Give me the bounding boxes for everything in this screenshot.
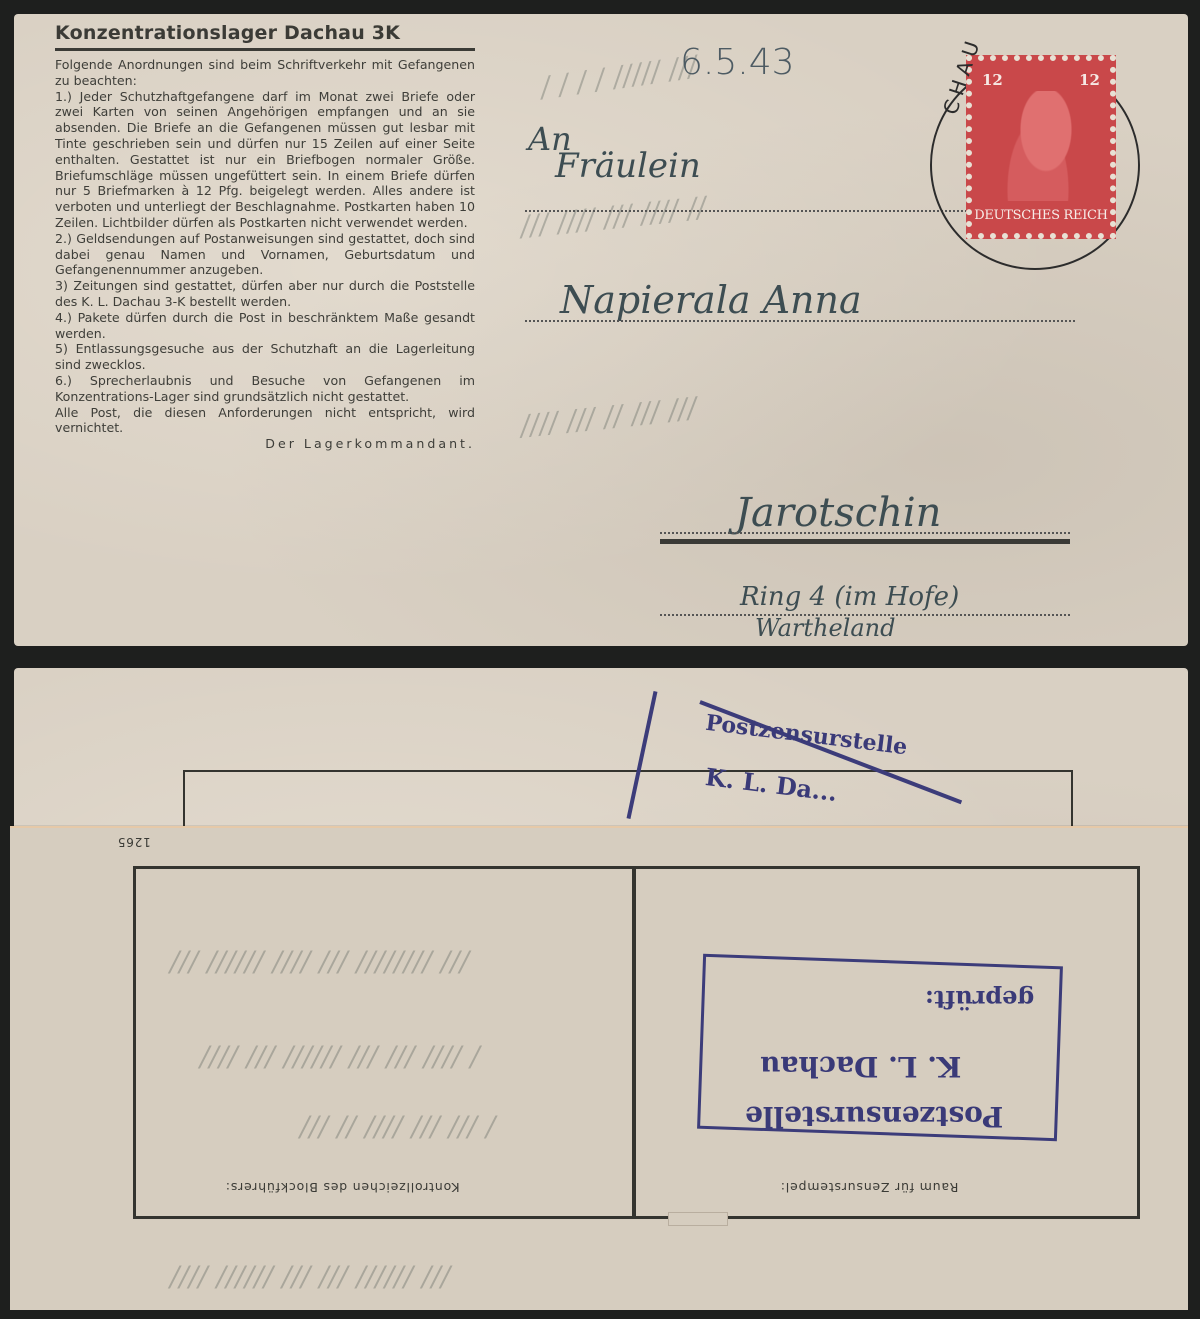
bleed-through-writing: /// // //// /// /// / bbox=[300, 1110, 495, 1143]
camp-title: Konzentrationslager Dachau 3K bbox=[55, 22, 475, 51]
censor-stamp-lower-line3: geprüft: bbox=[925, 985, 1034, 1014]
stamp-value-left: 12 bbox=[982, 71, 1003, 89]
address-title: Fräulein bbox=[555, 146, 701, 186]
rule-4: 4.) Pakete dürfen durch die Post in besc… bbox=[55, 310, 475, 342]
signature: Der Lagerkommandant. bbox=[55, 436, 475, 452]
rule-6: 6.) Sprecherlaubnis und Besuche von Gefa… bbox=[55, 373, 475, 405]
print-number: 1265 bbox=[117, 835, 151, 849]
bleed-through-writing: //// ////// /// /// ////// /// bbox=[170, 1260, 450, 1293]
address-line-2 bbox=[525, 320, 1075, 322]
rules-text: Folgende Anordnungen sind beim Schriftve… bbox=[55, 57, 475, 452]
address-region: Wartheland bbox=[755, 614, 895, 642]
label-block-leader-mark: Kontrollzeichen des Blockführers: bbox=[225, 1180, 460, 1195]
label-censor-stamp-space: Raum für Zensurstempel: bbox=[780, 1180, 958, 1195]
bleed-through-writing: /// ////// //// /// //////// /// bbox=[170, 945, 469, 978]
stamp-country: DEUTSCHES REICH bbox=[972, 208, 1110, 223]
postage-stamp: 12 12 DEUTSCHES REICH bbox=[966, 55, 1116, 239]
address-name: Napierala Anna bbox=[560, 278, 862, 322]
rule-1: 1.) Jeder Schutzhaftgefangene darf im Mo… bbox=[55, 89, 475, 231]
paper-tab bbox=[668, 1212, 728, 1226]
city-underline bbox=[660, 539, 1070, 544]
bleed-through-writing: //// /// ////// /// /// //// / bbox=[200, 1040, 480, 1073]
rules-closing: Alle Post, die diesen Anforderungen nich… bbox=[55, 405, 475, 437]
pencil-date-note: 6.5.43 bbox=[680, 42, 795, 83]
rule-5: 5) Entlassungsgesuche aus der Schutzhaft… bbox=[55, 341, 475, 373]
censor-stamp-lower-line1: Postzensurstelle bbox=[745, 1100, 1003, 1133]
stamp-value-right: 12 bbox=[1079, 71, 1100, 89]
rules-intro: Folgende Anordnungen sind beim Schriftve… bbox=[55, 57, 475, 89]
rules-panel: Konzentrationslager Dachau 3K Folgende A… bbox=[55, 22, 475, 452]
rule-3: 3) Zeitungen sind gestattet, dürfen aber… bbox=[55, 278, 475, 310]
upper-flap-frame bbox=[183, 770, 1073, 830]
address-line-3 bbox=[660, 532, 1070, 534]
portrait-icon bbox=[1002, 91, 1082, 201]
form-divider bbox=[632, 866, 636, 1219]
rule-2: 2.) Geldsendungen auf Postanweisungen si… bbox=[55, 231, 475, 278]
censor-stamp-lower-line2: K. L. Dachau bbox=[760, 1050, 961, 1083]
address-street: Ring 4 (im Hofe) bbox=[740, 582, 959, 612]
address-city: Jarotschin bbox=[735, 490, 941, 536]
